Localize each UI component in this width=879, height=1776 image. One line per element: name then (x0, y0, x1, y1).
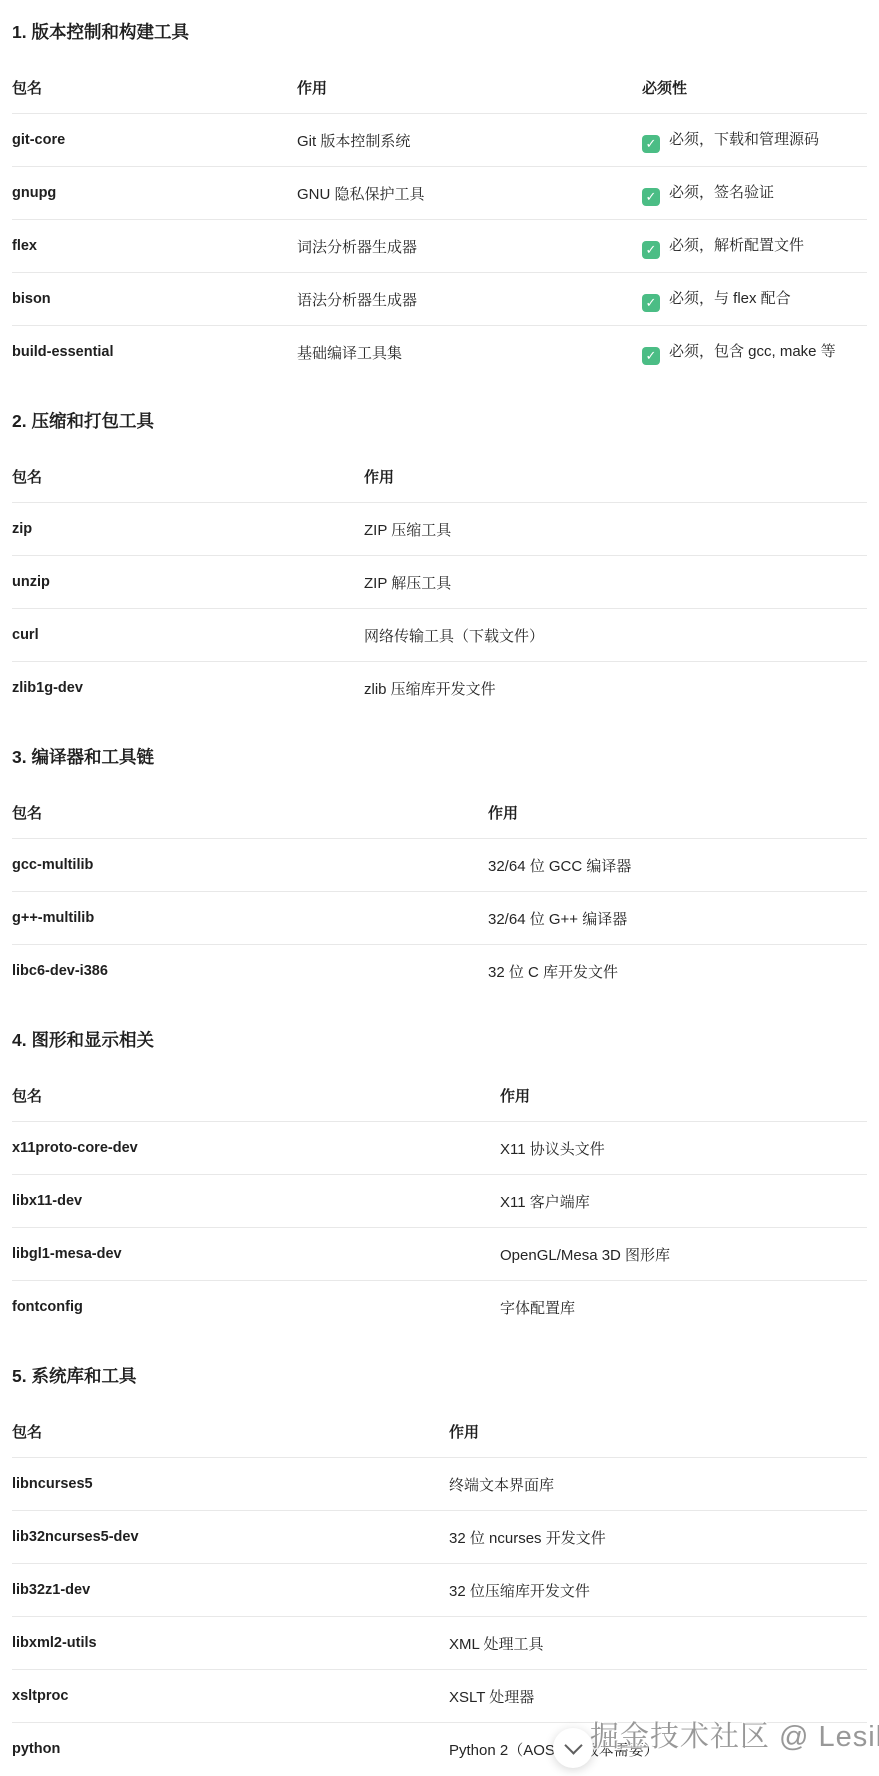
table-row: libc6-dev-i38632 位 C 库开发文件 (12, 945, 867, 998)
description-cell: Git 版本控制系统 (297, 114, 642, 167)
package-name-cell: libx11-dev (12, 1175, 500, 1228)
table-row: libgl1-mesa-devOpenGL/Mesa 3D 图形库 (12, 1228, 867, 1281)
table-row: lib32z1-dev32 位压缩库开发文件 (12, 1564, 867, 1617)
package-name-cell: libgl1-mesa-dev (12, 1228, 500, 1281)
chevron-down-icon (564, 1736, 582, 1754)
package-table: 包名作用必须性 git-coreGit 版本控制系统✓必须，下载和管理源码gnu… (12, 61, 867, 378)
requirement-cell: ✓必须，签名验证 (642, 167, 867, 220)
package-name-cell: xsltproc (12, 1670, 449, 1723)
column-header: 作用 (449, 1405, 867, 1458)
description-cell: XML 处理工具 (449, 1617, 867, 1670)
header-row: 包名作用必须性 (12, 61, 867, 114)
description-cell: GNU 隐私保护工具 (297, 167, 642, 220)
package-section: 2. 压缩和打包工具 包名作用 zipZIP 压缩工具unzipZIP 解压工具… (12, 408, 867, 714)
description-cell: 32 位 C 库开发文件 (488, 945, 867, 998)
package-name-cell: python (12, 1723, 449, 1776)
table-row: pythonPython 2（AOSP 旧版本需要） (12, 1723, 867, 1776)
package-name-cell: git-core (12, 114, 297, 167)
description-cell: X11 协议头文件 (500, 1122, 867, 1175)
header-row: 包名作用 (12, 450, 867, 503)
package-name-cell: zlib1g-dev (12, 662, 364, 715)
check-icon: ✓ (642, 347, 660, 365)
description-cell: 基础编译工具集 (297, 326, 642, 379)
description-cell: 32 位压缩库开发文件 (449, 1564, 867, 1617)
column-header: 包名 (12, 786, 488, 839)
column-header: 包名 (12, 450, 364, 503)
column-header: 包名 (12, 1405, 449, 1458)
header-row: 包名作用 (12, 1069, 867, 1122)
table-row: unzipZIP 解压工具 (12, 556, 867, 609)
package-name-cell: fontconfig (12, 1281, 500, 1334)
table-row: gnupgGNU 隐私保护工具✓必须，签名验证 (12, 167, 867, 220)
package-table: 包名作用 gcc-multilib32/64 位 GCC 编译器g++-mult… (12, 786, 867, 997)
requirement-cell: ✓必须，包含 gcc, make 等 (642, 326, 867, 379)
package-section: 4. 图形和显示相关 包名作用 x11proto-core-devX11 协议头… (12, 1027, 867, 1333)
description-cell: ZIP 解压工具 (364, 556, 867, 609)
description-cell: 终端文本界面库 (449, 1458, 867, 1511)
description-cell: 32/64 位 G++ 编译器 (488, 892, 867, 945)
column-header: 包名 (12, 1069, 500, 1122)
check-icon: ✓ (642, 135, 660, 153)
table-row: git-coreGit 版本控制系统✓必须，下载和管理源码 (12, 114, 867, 167)
check-icon: ✓ (642, 294, 660, 312)
section-title: 1. 版本控制和构建工具 (12, 19, 867, 45)
table-row: curl网络传输工具（下载文件） (12, 609, 867, 662)
section-title: 3. 编译器和工具链 (12, 744, 867, 770)
package-name-cell: curl (12, 609, 364, 662)
table-row: libx11-devX11 客户端库 (12, 1175, 867, 1228)
table-row: gcc-multilib32/64 位 GCC 编译器 (12, 839, 867, 892)
package-section: 1. 版本控制和构建工具 包名作用必须性 git-coreGit 版本控制系统✓… (12, 19, 867, 378)
description-cell: ZIP 压缩工具 (364, 503, 867, 556)
package-section: 5. 系统库和工具 包名作用 libncurses5终端文本界面库lib32nc… (12, 1363, 867, 1775)
table-row: flex词法分析器生成器✓必须，解析配置文件 (12, 220, 867, 273)
table-row: x11proto-core-devX11 协议头文件 (12, 1122, 867, 1175)
package-name-cell: g++-multilib (12, 892, 488, 945)
package-table: 包名作用 libncurses5终端文本界面库lib32ncurses5-dev… (12, 1405, 867, 1775)
package-name-cell: flex (12, 220, 297, 273)
header-row: 包名作用 (12, 786, 867, 839)
table-row: zipZIP 压缩工具 (12, 503, 867, 556)
description-cell: 词法分析器生成器 (297, 220, 642, 273)
package-name-cell: lib32z1-dev (12, 1564, 449, 1617)
description-cell: 32 位 ncurses 开发文件 (449, 1511, 867, 1564)
column-header: 作用 (297, 61, 642, 114)
package-name-cell: bison (12, 273, 297, 326)
package-name-cell: build-essential (12, 326, 297, 379)
package-name-cell: x11proto-core-dev (12, 1122, 500, 1175)
requirement-cell: ✓必须，下载和管理源码 (642, 114, 867, 167)
description-cell: XSLT 处理器 (449, 1670, 867, 1723)
description-cell: OpenGL/Mesa 3D 图形库 (500, 1228, 867, 1281)
package-name-cell: unzip (12, 556, 364, 609)
column-header: 包名 (12, 61, 297, 114)
requirement-cell: ✓必须，与 flex 配合 (642, 273, 867, 326)
scroll-down-button[interactable] (553, 1728, 593, 1768)
section-title: 4. 图形和显示相关 (12, 1027, 867, 1053)
description-cell: 32/64 位 GCC 编译器 (488, 839, 867, 892)
description-cell: X11 客户端库 (500, 1175, 867, 1228)
package-name-cell: libncurses5 (12, 1458, 449, 1511)
package-table: 包名作用 x11proto-core-devX11 协议头文件libx11-de… (12, 1069, 867, 1333)
table-row: libncurses5终端文本界面库 (12, 1458, 867, 1511)
package-name-cell: libxml2-utils (12, 1617, 449, 1670)
package-name-cell: libc6-dev-i386 (12, 945, 488, 998)
description-cell: Python 2（AOSP 旧版本需要） (449, 1723, 867, 1776)
content: 1. 版本控制和构建工具 包名作用必须性 git-coreGit 版本控制系统✓… (0, 0, 879, 1775)
package-name-cell: gnupg (12, 167, 297, 220)
column-header: 作用 (488, 786, 867, 839)
table-row: xsltprocXSLT 处理器 (12, 1670, 867, 1723)
description-cell: 网络传输工具（下载文件） (364, 609, 867, 662)
check-icon: ✓ (642, 188, 660, 206)
description-cell: zlib 压缩库开发文件 (364, 662, 867, 715)
table-row: fontconfig字体配置库 (12, 1281, 867, 1334)
section-title: 5. 系统库和工具 (12, 1363, 867, 1389)
package-table: 包名作用 zipZIP 压缩工具unzipZIP 解压工具curl网络传输工具（… (12, 450, 867, 714)
table-row: build-essential基础编译工具集✓必须，包含 gcc, make 等 (12, 326, 867, 379)
table-row: bison语法分析器生成器✓必须，与 flex 配合 (12, 273, 867, 326)
header-row: 包名作用 (12, 1405, 867, 1458)
requirement-cell: ✓必须，解析配置文件 (642, 220, 867, 273)
table-row: g++-multilib32/64 位 G++ 编译器 (12, 892, 867, 945)
description-cell: 语法分析器生成器 (297, 273, 642, 326)
table-row: lib32ncurses5-dev32 位 ncurses 开发文件 (12, 1511, 867, 1564)
column-header: 作用 (364, 450, 867, 503)
check-icon: ✓ (642, 241, 660, 259)
package-section: 3. 编译器和工具链 包名作用 gcc-multilib32/64 位 GCC … (12, 744, 867, 997)
package-name-cell: zip (12, 503, 364, 556)
description-cell: 字体配置库 (500, 1281, 867, 1334)
package-name-cell: gcc-multilib (12, 839, 488, 892)
section-title: 2. 压缩和打包工具 (12, 408, 867, 434)
table-row: zlib1g-devzlib 压缩库开发文件 (12, 662, 867, 715)
package-name-cell: lib32ncurses5-dev (12, 1511, 449, 1564)
column-header: 必须性 (642, 61, 867, 114)
column-header: 作用 (500, 1069, 867, 1122)
table-row: libxml2-utilsXML 处理工具 (12, 1617, 867, 1670)
